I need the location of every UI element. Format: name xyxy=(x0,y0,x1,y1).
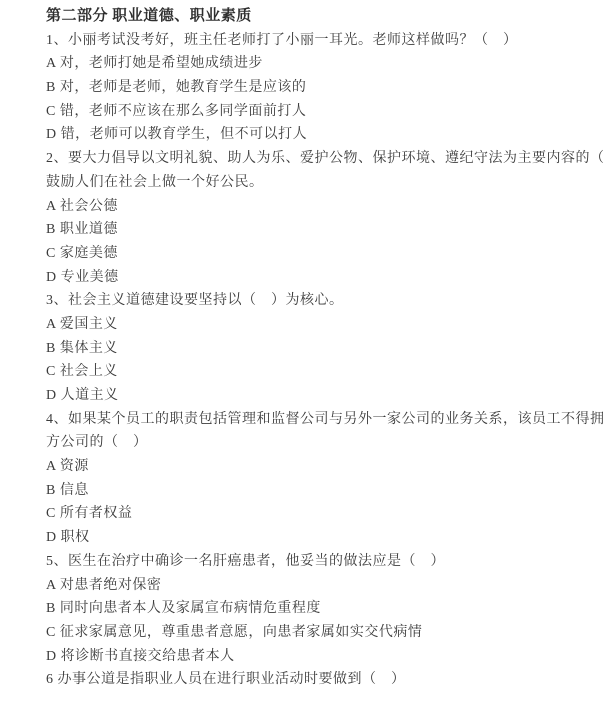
question-4-option-c: C 所有者权益 xyxy=(46,502,589,526)
question-4-option-b: B 信息 xyxy=(46,479,589,503)
question-2-stem-line-2: 鼓励人们在社会上做一个好公民。 xyxy=(46,171,589,195)
question-5-stem: 5、医生在治疗中确诊一名肝癌患者，他妥当的做法应是（ ） xyxy=(46,550,589,574)
question-5-option-a: A 对患者绝对保密 xyxy=(46,574,589,598)
question-5-option-d: D 将诊断书直接交给患者本人 xyxy=(46,645,589,669)
question-3-stem: 3、社会主义道德建设要坚持以（ ）为核心。 xyxy=(46,289,589,313)
question-3-option-b: B 集体主义 xyxy=(46,337,589,361)
section-title: 第二部分 职业道德、职业素质 xyxy=(46,5,589,29)
question-3-option-d: D 人道主义 xyxy=(46,384,589,408)
question-2-stem-line-1: 2、要大力倡导以文明礼貌、助人为乐、爱护公物、保护环境、遵纪守法为主要内容的（ … xyxy=(46,147,589,171)
question-4-option-d: D 职权 xyxy=(46,526,589,550)
question-2-option-d: D 专业美德 xyxy=(46,266,589,290)
question-5-option-c: C 征求家属意见，尊重患者意愿，向患者家属如实交代病情 xyxy=(46,621,589,645)
question-1-option-d: D 错，老师可以教育学生，但不可以打人 xyxy=(46,123,589,147)
question-6-stem: 6 办事公道是指职业人员在进行职业活动时要做到（ ） xyxy=(46,668,589,692)
exam-document-page: 第二部分 职业道德、职业素质 1、小丽考试没考好，班主任老师打了小丽一耳光。老师… xyxy=(0,0,603,702)
question-1-option-c: C 错，老师不应该在那么多同学面前打人 xyxy=(46,100,589,124)
question-2-option-c: C 家庭美德 xyxy=(46,242,589,266)
question-1-option-b: B 对，老师是老师，她教育学生是应该的 xyxy=(46,76,589,100)
question-3-option-c: C 社会上义 xyxy=(46,360,589,384)
question-1-option-a: A 对，老师打她是希望她成绩进步 xyxy=(46,52,589,76)
question-2-option-a: A 社会公德 xyxy=(46,195,589,219)
question-1-stem: 1、小丽考试没考好，班主任老师打了小丽一耳光。老师这样做吗？（ ） xyxy=(46,29,589,53)
question-3-option-a: A 爱国主义 xyxy=(46,313,589,337)
question-4-stem-line-2: 方公司的（ ） xyxy=(46,431,589,455)
question-5-option-b: B 同时向患者本人及家属宣布病情危重程度 xyxy=(46,597,589,621)
question-2-option-b: B 职业道德 xyxy=(46,218,589,242)
question-4-stem-line-1: 4、如果某个员工的职责包括管理和监督公司与另外一家公司的业务关系，该员工不得拥有… xyxy=(46,408,589,432)
question-4-option-a: A 资源 xyxy=(46,455,589,479)
